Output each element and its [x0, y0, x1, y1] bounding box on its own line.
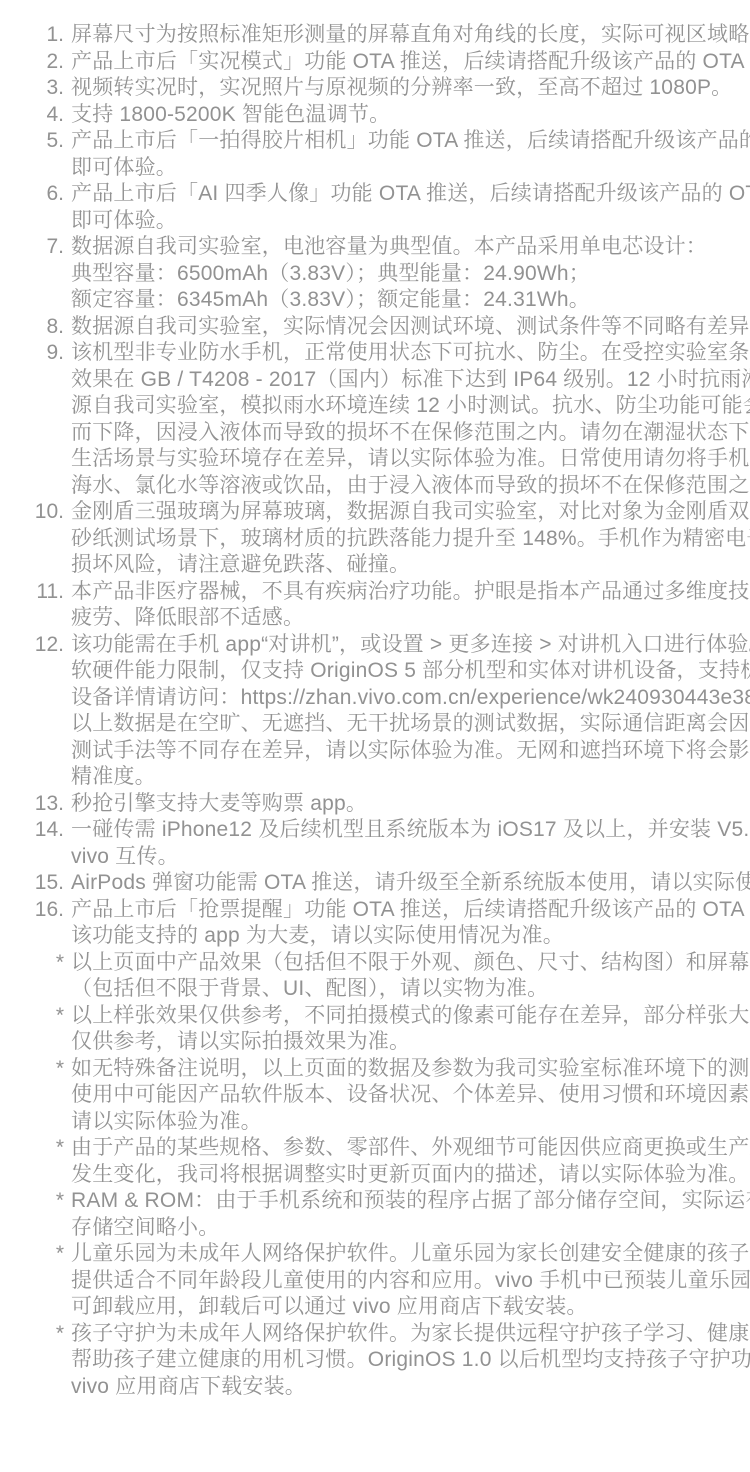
- footnote-line: 金刚盾三强玻璃为屏幕玻璃，数据源自我司实验室，对比对象为金刚盾双抗玻璃，在 60…: [71, 499, 716, 526]
- footnote-body: AirPods 弹窗功能需 OTA 推送，请升级至全新系统版本使用，请以实际使用…: [71, 870, 716, 897]
- footnote-marker: 1.: [0, 22, 64, 49]
- footnote-line: 即可体验。: [71, 208, 716, 235]
- footnote-line: 发生变化，我司将根据调整实时更新页面内的描述，请以实际体验为准。: [71, 1162, 716, 1189]
- footnote-item: 9. 该机型非专业防水手机，正常使用状态下可抗水、防尘。在受控实验室条件下经测试…: [0, 340, 716, 499]
- footnote-line: 数据源自我司实验室，电池容量为典型值。本产品采用单电芯设计：: [71, 234, 716, 261]
- footnotes-page: 1. 屏幕尺寸为按照标准矩形测量的屏幕直角对角线的长度，实际可视区域略小。 2.…: [0, 0, 750, 1472]
- footnote-line: 海水、氯化水等溶液或饮品，由于浸入液体而导致的损坏不在保修范围之内。: [71, 473, 716, 500]
- footnote-item: * 以上样张效果仅供参考，不同拍摄模式的像素可能存在差异，部分样张大小经过裁剪，…: [0, 1003, 716, 1056]
- footnote-marker: 12.: [0, 632, 64, 659]
- footnote-body: RAM & ROM：由于手机系统和预装的程序占据了部分储存空间，实际运存空间和存…: [71, 1188, 716, 1241]
- footnote-item: 12. 该功能需在手机 app“对讲机”，或设置 > 更多连接 > 对讲机入口进…: [0, 632, 716, 791]
- footnote-line: 精准度。: [71, 764, 716, 791]
- footnote-line: 请以实际体验为准。: [71, 1109, 716, 1136]
- footnote-item: * 孩子守护为未成年人网络保护软件。为家长提供远程守护孩子学习、健康、安全的能力…: [0, 1321, 716, 1401]
- footnote-line: 产品上市后「一拍得胶片相机」功能 OTA 推送，后续请搭配升级该产品的 OTA …: [71, 128, 716, 155]
- footnote-marker: *: [0, 1321, 64, 1348]
- footnote-item: * 儿童乐园为未成年人网络保护软件。儿童乐园为家长创建安全健康的孩子学习成长空间…: [0, 1241, 716, 1321]
- footnote-line: 帮助孩子建立健康的用机习惯。OriginOS 1.0 以后机型均支持孩子守护功能…: [71, 1347, 716, 1374]
- footnote-body: 如无特殊备注说明，以上页面的数据及参数为我司实验室标准环境下的测试结果，实际使用…: [71, 1056, 716, 1136]
- footnote-body: 儿童乐园为未成年人网络保护软件。儿童乐园为家长创建安全健康的孩子学习成长空间，提…: [71, 1241, 716, 1321]
- footnote-line: 测试手法等不同存在差异，请以实际体验为准。无网和遮挡环境下将会影响定位速度和: [71, 738, 716, 765]
- footnote-line: 以上页面中产品效果（包括但不限于外观、颜色、尺寸、结构图）和屏幕显示内容: [71, 950, 716, 977]
- footnote-line: vivo 应用商店下载安装。: [71, 1374, 716, 1401]
- footnote-line: AirPods 弹窗功能需 OTA 推送，请升级至全新系统版本使用，请以实际使用…: [71, 870, 716, 897]
- footnote-line: 源自我司实验室，模拟雨水环境连续 12 小时测试。抗水、防尘功能可能会因日常使用…: [71, 393, 716, 420]
- footnote-line: vivo 互传。: [71, 844, 716, 871]
- footnote-body: 支持 1800-5200K 智能色温调节。: [71, 102, 716, 129]
- footnote-marker: 7.: [0, 234, 64, 261]
- footnote-line: 产品上市后「抢票提醒」功能 OTA 推送，后续请搭配升级该产品的 OTA 版本，…: [71, 897, 716, 924]
- footnote-line: 由于产品的某些规格、参数、零部件、外观细节可能因供应商更换或生产批次等原因: [71, 1135, 716, 1162]
- footnote-line: 一碰传需 iPhone12 及后续机型且系统版本为 iOS17 及以上，并安装 …: [71, 817, 716, 844]
- footnote-line: 该功能支持的 app 为大麦，请以实际使用情况为准。: [71, 923, 716, 950]
- footnote-line: 产品上市后「AI 四季人像」功能 OTA 推送，后续请搭配升级该产品的 OTA …: [71, 181, 716, 208]
- footnote-line: 产品上市后「实况模式」功能 OTA 推送，后续请搭配升级该产品的 OTA 版本，…: [71, 49, 716, 76]
- footnote-item: 10. 金刚盾三强玻璃为屏幕玻璃，数据源自我司实验室，对比对象为金刚盾双抗玻璃，…: [0, 499, 716, 579]
- footnote-line: 以上样张效果仅供参考，不同拍摄模式的像素可能存在差异，部分样张大小经过裁剪，: [71, 1003, 716, 1030]
- footnote-line: 额定容量：6345mAh（3.83V）；额定能量：24.31Wh。: [71, 287, 716, 314]
- footnote-line: 使用中可能因产品软件版本、设备状况、个体差异、使用习惯和环境因素不同而有所差异，: [71, 1082, 716, 1109]
- footnote-marker: *: [0, 1135, 64, 1162]
- footnote-item: 16. 产品上市后「抢票提醒」功能 OTA 推送，后续请搭配升级该产品的 OTA…: [0, 897, 716, 950]
- footnote-body: 产品上市后「一拍得胶片相机」功能 OTA 推送，后续请搭配升级该产品的 OTA …: [71, 128, 716, 181]
- footnote-body: 该功能需在手机 app“对讲机”，或设置 > 更多连接 > 对讲机入口进行体验。…: [71, 632, 716, 791]
- footnote-item: 8. 数据源自我司实验室，实际情况会因测试环境、测试条件等不同略有差异。: [0, 314, 716, 341]
- footnote-line: 存储空间略小。: [71, 1215, 716, 1242]
- footnote-item: 2. 产品上市后「实况模式」功能 OTA 推送，后续请搭配升级该产品的 OTA …: [0, 49, 716, 76]
- footnote-body: 屏幕尺寸为按照标准矩形测量的屏幕直角对角线的长度，实际可视区域略小。: [71, 22, 716, 49]
- footnote-marker: 6.: [0, 181, 64, 208]
- footnote-line: 软硬件能力限制，仅支持 OriginOS 5 部分机型和实体对讲机设备，支持机型…: [71, 658, 716, 685]
- footnote-item: 14. 一碰传需 iPhone12 及后续机型且系统版本为 iOS17 及以上，…: [0, 817, 716, 870]
- footnote-body: 本产品非医疗器械，不具有疾病治疗功能。护眼是指本产品通过多维度技术以实现缓解眼部…: [71, 579, 716, 632]
- footnote-marker: 3.: [0, 75, 64, 102]
- footnote-body: 数据源自我司实验室，电池容量为典型值。本产品采用单电芯设计：典型容量：6500m…: [71, 234, 716, 314]
- footnote-line: 该机型非专业防水手机，正常使用状态下可抗水、防尘。在受控实验室条件下经测试，: [71, 340, 716, 367]
- footnote-line: 而下降，因浸入液体而导致的损坏不在保修范围之内。请勿在潮湿状态下为手机充电，: [71, 420, 716, 447]
- footnote-item: * 以上页面中产品效果（包括但不限于外观、颜色、尺寸、结构图）和屏幕显示内容（包…: [0, 950, 716, 1003]
- footnote-line: 提供适合不同年龄段儿童使用的内容和应用。vivo 手机中已预装儿童乐园。儿童乐园…: [71, 1268, 716, 1295]
- footnote-marker: *: [0, 950, 64, 977]
- footnote-line: 数据源自我司实验室，实际情况会因测试环境、测试条件等不同略有差异。: [71, 314, 716, 341]
- footnote-marker: 13.: [0, 791, 64, 818]
- footnote-item: 13. 秒抢引擎支持大麦等购票 app。: [0, 791, 716, 818]
- footnote-item: 11. 本产品非医疗器械，不具有疾病治疗功能。护眼是指本产品通过多维度技术以实现…: [0, 579, 716, 632]
- footnote-line: 砂纸测试场景下，玻璃材质的抗跌落能力提升至 148%。手机作为精密电子产品，跌落…: [71, 526, 716, 553]
- footnote-item: 1. 屏幕尺寸为按照标准矩形测量的屏幕直角对角线的长度，实际可视区域略小。: [0, 22, 716, 49]
- footnote-line: 本产品非医疗器械，不具有疾病治疗功能。护眼是指本产品通过多维度技术以实现缓解眼部: [71, 579, 716, 606]
- footnote-body: 秒抢引擎支持大麦等购票 app。: [71, 791, 716, 818]
- footnote-marker: 16.: [0, 897, 64, 924]
- footnote-marker: *: [0, 1188, 64, 1215]
- footnote-line: 可卸载应用，卸载后可以通过 vivo 应用商店下载安装。: [71, 1294, 716, 1321]
- footnote-item: 5. 产品上市后「一拍得胶片相机」功能 OTA 推送，后续请搭配升级该产品的 O…: [0, 128, 716, 181]
- footnote-line: 即可体验。: [71, 155, 716, 182]
- footnote-marker: 15.: [0, 870, 64, 897]
- footnote-body: 金刚盾三强玻璃为屏幕玻璃，数据源自我司实验室，对比对象为金刚盾双抗玻璃，在 60…: [71, 499, 716, 579]
- footnote-line: 典型容量：6500mAh（3.83V）；典型能量：24.90Wh；: [71, 261, 716, 288]
- footnote-item: 3. 视频转实况时，实况照片与原视频的分辨率一致，至高不超过 1080P。: [0, 75, 716, 102]
- footnote-line: 设备详情请访问：https://zhan.vivo.com.cn/experie…: [71, 685, 716, 712]
- footnote-line: 秒抢引擎支持大麦等购票 app。: [71, 791, 716, 818]
- footnote-line: 损坏风险，请注意避免跌落、碰撞。: [71, 552, 716, 579]
- footnote-line: 视频转实况时，实况照片与原视频的分辨率一致，至高不超过 1080P。: [71, 75, 716, 102]
- footnote-body: 数据源自我司实验室，实际情况会因测试环境、测试条件等不同略有差异。: [71, 314, 716, 341]
- footnote-line: 屏幕尺寸为按照标准矩形测量的屏幕直角对角线的长度，实际可视区域略小。: [71, 22, 716, 49]
- footnote-line: 疲劳、降低眼部不适感。: [71, 605, 716, 632]
- footnote-body: 孩子守护为未成年人网络保护软件。为家长提供远程守护孩子学习、健康、安全的能力，帮…: [71, 1321, 716, 1401]
- footnote-body: 该机型非专业防水手机，正常使用状态下可抗水、防尘。在受控实验室条件下经测试，效果…: [71, 340, 716, 499]
- footnote-item: 4. 支持 1800-5200K 智能色温调节。: [0, 102, 716, 129]
- footnote-item: 15. AirPods 弹窗功能需 OTA 推送，请升级至全新系统版本使用，请以…: [0, 870, 716, 897]
- footnote-body: 产品上市后「实况模式」功能 OTA 推送，后续请搭配升级该产品的 OTA 版本，…: [71, 49, 716, 76]
- footnote-line: RAM & ROM：由于手机系统和预装的程序占据了部分储存空间，实际运存空间和: [71, 1188, 716, 1215]
- footnote-marker: 2.: [0, 49, 64, 76]
- footnote-marker: 9.: [0, 340, 64, 367]
- footnote-item: * 如无特殊备注说明，以上页面的数据及参数为我司实验室标准环境下的测试结果，实际…: [0, 1056, 716, 1136]
- footnote-marker: 5.: [0, 128, 64, 155]
- footnote-marker: 11.: [0, 579, 64, 606]
- footnote-line: 儿童乐园为未成年人网络保护软件。儿童乐园为家长创建安全健康的孩子学习成长空间，: [71, 1241, 716, 1268]
- footnote-body: 视频转实况时，实况照片与原视频的分辨率一致，至高不超过 1080P。: [71, 75, 716, 102]
- footnote-line: 如无特殊备注说明，以上页面的数据及参数为我司实验室标准环境下的测试结果，实际: [71, 1056, 716, 1083]
- footnote-body: 由于产品的某些规格、参数、零部件、外观细节可能因供应商更换或生产批次等原因发生变…: [71, 1135, 716, 1188]
- footnote-line: 支持 1800-5200K 智能色温调节。: [71, 102, 716, 129]
- footnote-body: 以上页面中产品效果（包括但不限于外观、颜色、尺寸、结构图）和屏幕显示内容（包括但…: [71, 950, 716, 1003]
- footnote-line: 仅供参考，请以实际拍摄效果为准。: [71, 1029, 716, 1056]
- footnote-body: 以上样张效果仅供参考，不同拍摄模式的像素可能存在差异，部分样张大小经过裁剪，仅供…: [71, 1003, 716, 1056]
- footnote-marker: 8.: [0, 314, 64, 341]
- footnote-marker: *: [0, 1241, 64, 1268]
- footnote-body: 一碰传需 iPhone12 及后续机型且系统版本为 iOS17 及以上，并安装 …: [71, 817, 716, 870]
- footnote-line: 该功能需在手机 app“对讲机”，或设置 > 更多连接 > 对讲机入口进行体验。…: [71, 632, 716, 659]
- footnote-item: 6. 产品上市后「AI 四季人像」功能 OTA 推送，后续请搭配升级该产品的 O…: [0, 181, 716, 234]
- footnote-line: 以上数据是在空旷、无遮挡、无干扰场景的测试数据，实际通信距离会因机型、测试环境、: [71, 711, 716, 738]
- footnote-marker: 14.: [0, 817, 64, 844]
- footnote-marker: *: [0, 1003, 64, 1030]
- footnote-marker: 4.: [0, 102, 64, 129]
- footnote-item: * RAM & ROM：由于手机系统和预装的程序占据了部分储存空间，实际运存空间…: [0, 1188, 716, 1241]
- footnote-marker: *: [0, 1056, 64, 1083]
- footnote-line: 孩子守护为未成年人网络保护软件。为家长提供远程守护孩子学习、健康、安全的能力，: [71, 1321, 716, 1348]
- footnote-body: 产品上市后「抢票提醒」功能 OTA 推送，后续请搭配升级该产品的 OTA 版本，…: [71, 897, 716, 950]
- footnote-line: 效果在 GB / T4208 - 2017（国内）标准下达到 IP64 级别。1…: [71, 367, 716, 394]
- footnote-body: 产品上市后「AI 四季人像」功能 OTA 推送，后续请搭配升级该产品的 OTA …: [71, 181, 716, 234]
- footnote-marker: 10.: [0, 499, 64, 526]
- footnote-item: * 由于产品的某些规格、参数、零部件、外观细节可能因供应商更换或生产批次等原因发…: [0, 1135, 716, 1188]
- footnote-item: 7. 数据源自我司实验室，电池容量为典型值。本产品采用单电芯设计：典型容量：65…: [0, 234, 716, 314]
- footnote-line: 生活场景与实验环境存在差异，请以实际体验为准。日常使用请勿将手机浸入水中，或接触: [71, 446, 716, 473]
- footnote-line: （包括但不限于背景、UI、配图），请以实物为准。: [71, 976, 716, 1003]
- footnotes-list: 1. 屏幕尺寸为按照标准矩形测量的屏幕直角对角线的长度，实际可视区域略小。 2.…: [0, 22, 716, 1400]
